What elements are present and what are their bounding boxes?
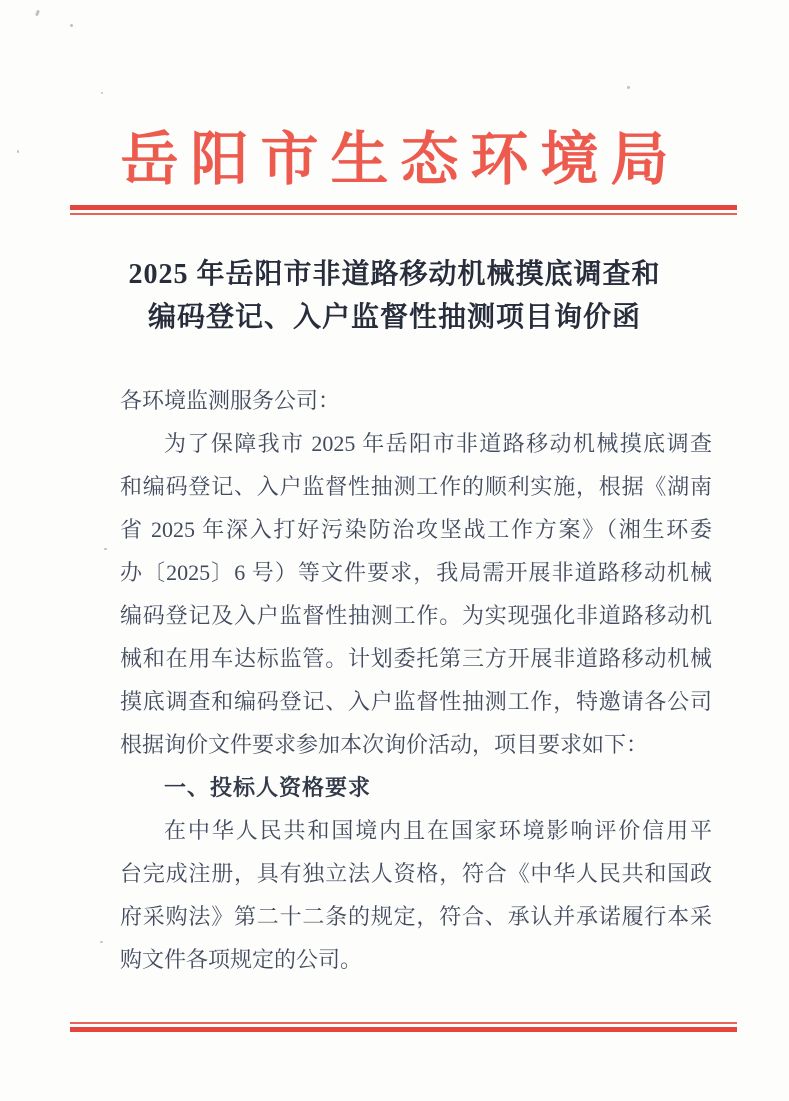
scan-speck [70, 24, 73, 27]
document-page: 岳阳市生态环境局 2025 年岳阳市非道路移动机械摸底调查和 编码登记、入户监督… [0, 0, 789, 1101]
body-text-line: 在中华人民共和国境内且在国家环境影响评价信用平 [120, 809, 712, 852]
body-text-line: 台完成注册，具有独立法人资格，符合《中华人民共和国政 [120, 852, 712, 895]
document-title: 2025 年岳阳市非道路移动机械摸底调查和 编码登记、入户监督性抽测项目询价函 [0, 253, 789, 339]
rule-thin-line [70, 1022, 737, 1024]
body-text-line: 办〔2025〕6 号）等文件要求，我局需开展非道路移动机械 [120, 551, 712, 594]
scan-speck [627, 86, 630, 89]
rule-thick-line [70, 205, 737, 210]
body-text-line: 根据询价文件要求参加本次询价活动，项目要求如下： [120, 723, 712, 766]
body-text-line: 省 2025 年深入打好污染防治攻坚战工作方案》（湘生环委 [120, 508, 712, 551]
footer-double-rule [70, 1022, 737, 1032]
body-text-line: 购文件各项规定的公司。 [120, 938, 712, 981]
scan-speck [35, 10, 40, 17]
body-text-line: 各环境监测服务公司： [120, 379, 712, 422]
scan-speck [104, 548, 107, 550]
rule-thin-line [70, 213, 737, 215]
body-text-line: 摸底调查和编码登记、入户监督性抽测工作，特邀请各公司 [120, 680, 712, 723]
agency-letterhead: 岳阳市生态环境局 [0, 124, 789, 196]
body-text-line: 和编码登记、入户监督性抽测工作的顺利实施，根据《湖南 [120, 465, 712, 508]
document-body: 各环境监测服务公司：为了保障我市 2025 年岳阳市非道路移动机械摸底调查和编码… [120, 379, 712, 981]
scan-speck [100, 941, 103, 943]
document-title-line-1: 2025 年岳阳市非道路移动机械摸底调查和 [0, 253, 789, 296]
document-title-line-2: 编码登记、入户监督性抽测项目询价函 [0, 296, 789, 339]
section-heading: 一、投标人资格要求 [120, 766, 712, 809]
rule-thick-line [70, 1027, 737, 1032]
body-text-line: 械和在用车达标监管。计划委托第三方开展非道路移动机械 [120, 637, 712, 680]
header-double-rule [70, 205, 737, 215]
body-text-line: 为了保障我市 2025 年岳阳市非道路移动机械摸底调查 [120, 422, 712, 465]
body-text-line: 府采购法》第二十二条的规定，符合、承认并承诺履行本采 [120, 895, 712, 938]
body-text-line: 编码登记及入户监督性抽测工作。为实现强化非道路移动机 [120, 594, 712, 637]
scan-speck [101, 92, 103, 94]
